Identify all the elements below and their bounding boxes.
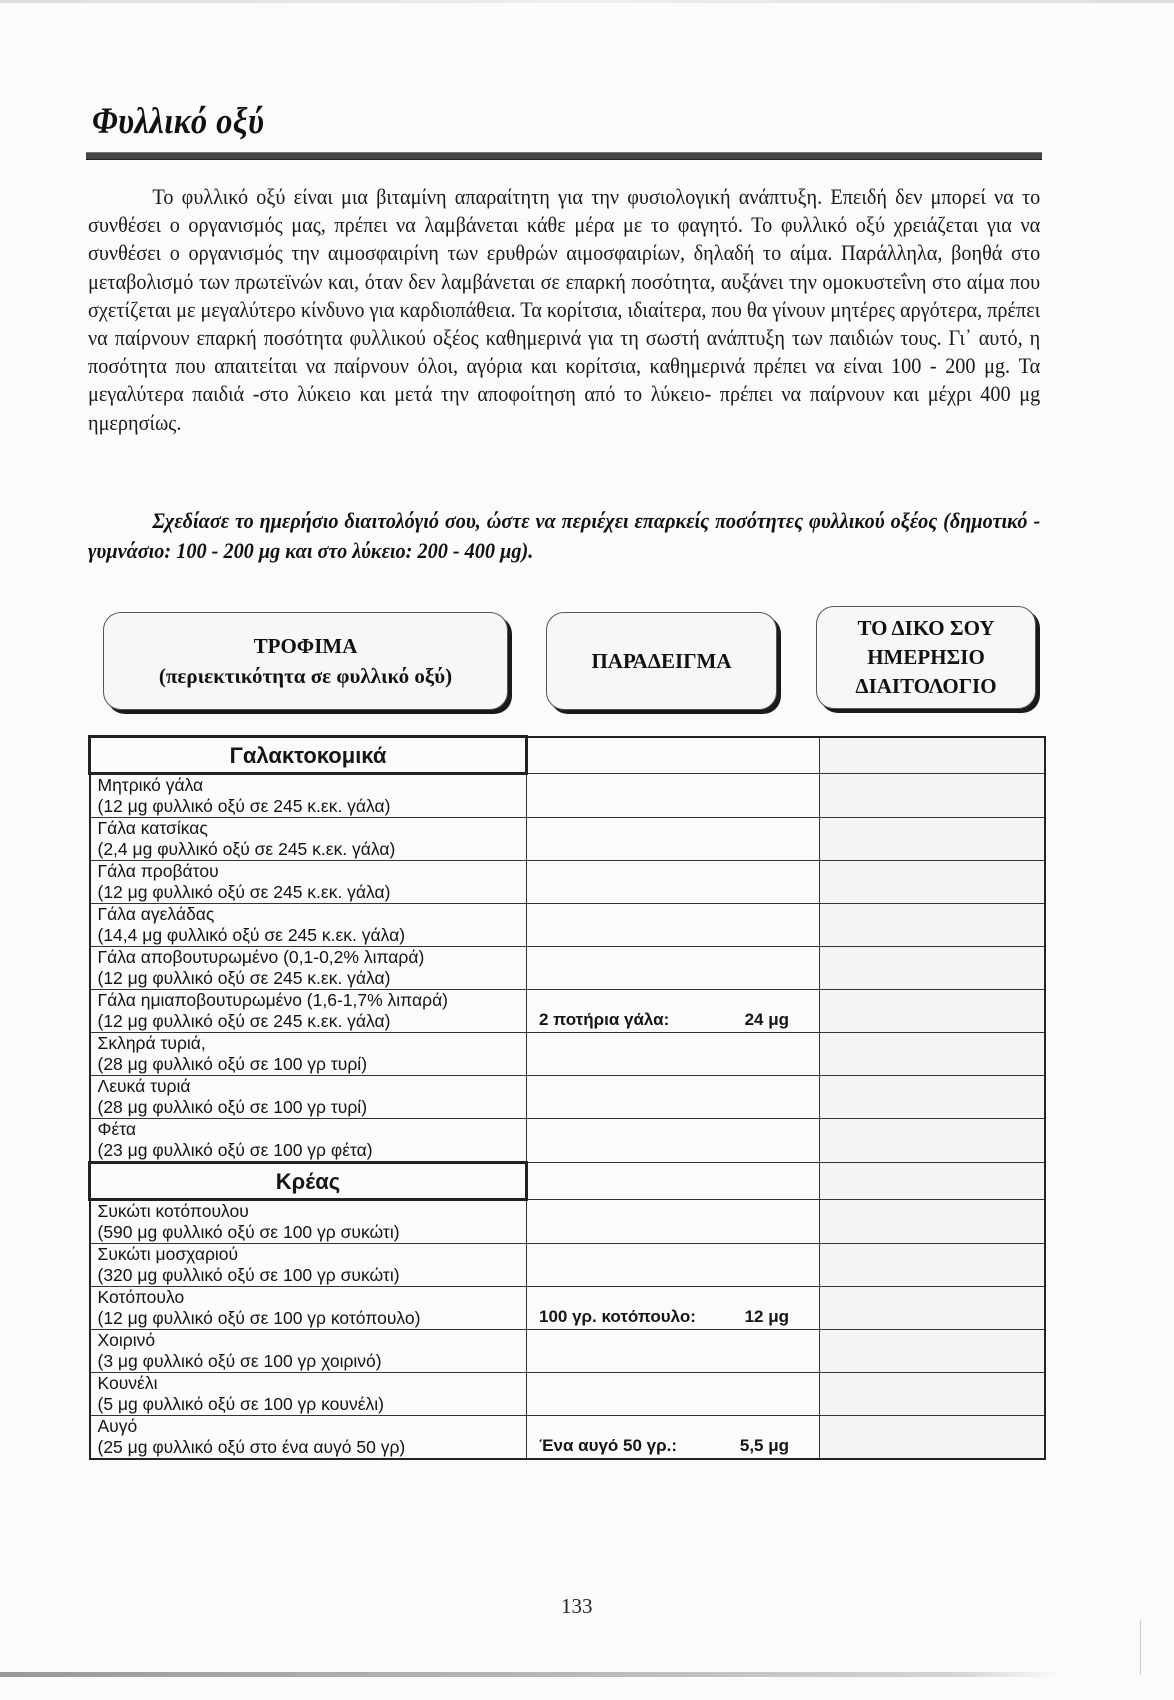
instruction-section: Σχεδίασε το ημερήσιο διαιτολόγιό σου, ώσ… xyxy=(88,506,1040,566)
own-diet-cell[interactable] xyxy=(820,1244,1045,1287)
example-cell[interactable] xyxy=(527,947,820,990)
own-diet-cell[interactable] xyxy=(820,1287,1045,1330)
food-cell: Συκώτι κοτόπουλου (590 μg φυλλικό οξύ σε… xyxy=(90,1200,527,1244)
food-folate-content: (5 μg φυλλικό οξύ σε 100 γρ κουνέλι) xyxy=(98,1394,523,1415)
food-folate-content: (12 μg φυλλικό οξύ σε 245 κ.εκ. γάλα) xyxy=(98,882,523,903)
food-cell: Συκώτι μοσχαριού (320 μg φυλλικό οξύ σε … xyxy=(90,1244,527,1287)
folate-table-wrapper: Γαλακτοκομικά Μητρικό γάλα (12 μg φυλλικ… xyxy=(88,735,1043,1460)
own-diet-header-line3: ΔΙΑΙΤΟΛΟΓΙΟ xyxy=(855,672,996,701)
food-name: Μητρικό γάλα xyxy=(98,775,523,796)
example-label: 2 ποτήρια γάλα: xyxy=(539,1009,669,1030)
category-meat: Κρέας xyxy=(90,1163,527,1200)
title-rule xyxy=(86,152,1042,160)
food-folate-content: (590 μg φυλλικό οξύ σε 100 γρ συκώτι) xyxy=(98,1222,523,1243)
food-name: Φέτα xyxy=(98,1119,523,1140)
example-cell[interactable] xyxy=(527,737,820,774)
food-folate-content: (14,4 μg φυλλικό οξύ σε 245 κ.εκ. γάλα) xyxy=(98,925,523,946)
food-name: Γάλα αγελάδας xyxy=(98,904,523,925)
category-row-dairy: Γαλακτοκομικά xyxy=(90,737,1045,774)
example-cell[interactable] xyxy=(527,1330,820,1373)
table-row: Μητρικό γάλα (12 μg φυλλικό οξύ σε 245 κ… xyxy=(90,774,1045,818)
example-cell[interactable] xyxy=(527,1163,820,1200)
example-cell[interactable] xyxy=(527,904,820,947)
food-cell: Φέτα (23 μg φυλλικό οξύ σε 100 γρ φέτα) xyxy=(90,1119,527,1163)
food-folate-content: (28 μg φυλλικό οξύ σε 100 γρ τυρί) xyxy=(98,1054,523,1075)
own-diet-cell[interactable] xyxy=(820,861,1045,904)
food-cell: Γάλα αποβουτυρωμένο (0,1-0,2% λιπαρά) (1… xyxy=(90,947,527,990)
example-cell[interactable]: 100 γρ. κοτόπουλο: 12 μg xyxy=(527,1287,820,1330)
example-cell[interactable] xyxy=(527,774,820,818)
food-folate-content: (12 μg φυλλικό οξύ σε 245 κ.εκ. γάλα) xyxy=(98,1011,523,1032)
category-row-meat: Κρέας xyxy=(90,1163,1045,1200)
own-diet-cell[interactable] xyxy=(820,774,1045,818)
food-folate-content: (12 μg φυλλικό οξύ σε 100 γρ κοτόπουλο) xyxy=(98,1308,523,1329)
food-cell: Κουνέλι (5 μg φυλλικό οξύ σε 100 γρ κουν… xyxy=(90,1373,527,1416)
example-value: 5,5 μg xyxy=(740,1435,789,1456)
example-cell[interactable]: Ένα αυγό 50 γρ.: 5,5 μg xyxy=(527,1416,820,1460)
example-label: Ένα αυγό 50 γρ.: xyxy=(539,1435,677,1456)
foods-header-title: ΤΡΟΦΙΜΑ xyxy=(254,631,358,661)
table-row: Φέτα (23 μg φυλλικό οξύ σε 100 γρ φέτα) xyxy=(90,1119,1045,1163)
example-cell[interactable] xyxy=(527,861,820,904)
food-cell: Σκληρά τυριά, (28 μg φυλλικό οξύ σε 100 … xyxy=(90,1033,527,1076)
folate-foods-table: Γαλακτοκομικά Μητρικό γάλα (12 μg φυλλικ… xyxy=(88,735,1046,1460)
food-name: Συκώτι μοσχαριού xyxy=(98,1244,523,1265)
table-row: Χοιρινό (3 μg φυλλικό οξύ σε 100 γρ χοιρ… xyxy=(90,1330,1045,1373)
own-diet-cell[interactable] xyxy=(820,1033,1045,1076)
example-cell[interactable] xyxy=(527,1200,820,1244)
own-diet-header-box: ΤΟ ΔΙΚΟ ΣΟΥ ΗΜΕΡΗΣΙΟ ΔΙΑΙΤΟΛΟΓΙΟ xyxy=(816,606,1036,709)
food-cell: Κοτόπουλο (12 μg φυλλικό οξύ σε 100 γρ κ… xyxy=(90,1287,527,1330)
example-entry: 2 ποτήρια γάλα: 24 μg xyxy=(539,1009,815,1030)
table-row: Σκληρά τυριά, (28 μg φυλλικό οξύ σε 100 … xyxy=(90,1033,1045,1076)
food-name: Συκώτι κοτόπουλου xyxy=(98,1201,523,1222)
food-cell: Λευκά τυριά (28 μg φυλλικό οξύ σε 100 γρ… xyxy=(90,1076,527,1119)
example-cell[interactable]: 2 ποτήρια γάλα: 24 μg xyxy=(527,990,820,1033)
table-row: Αυγό (25 μg φυλλικό οξύ στο ένα αυγό 50 … xyxy=(90,1416,1045,1460)
own-diet-cell[interactable] xyxy=(820,1076,1045,1119)
example-cell[interactable] xyxy=(527,1033,820,1076)
food-name: Κοτόπουλο xyxy=(98,1287,523,1308)
example-header-title: ΠΑΡΑΔΕΙΓΜΑ xyxy=(591,649,731,674)
food-cell: Μητρικό γάλα (12 μg φυλλικό οξύ σε 245 κ… xyxy=(90,774,527,818)
food-folate-content: (2,4 μg φυλλικό οξύ σε 245 κ.εκ. γάλα) xyxy=(98,839,523,860)
own-diet-cell[interactable] xyxy=(820,1163,1045,1200)
food-name: Γάλα προβάτου xyxy=(98,861,523,882)
example-cell[interactable] xyxy=(527,818,820,861)
own-diet-header-line2: ΗΜΕΡΗΣΙΟ xyxy=(867,643,985,672)
example-cell[interactable] xyxy=(527,1244,820,1287)
own-diet-cell[interactable] xyxy=(820,1416,1045,1460)
own-diet-header-line1: ΤΟ ΔΙΚΟ ΣΟΥ xyxy=(857,614,994,643)
food-name: Σκληρά τυριά, xyxy=(98,1033,523,1054)
food-name: Γάλα αποβουτυρωμένο (0,1-0,2% λιπαρά) xyxy=(98,947,523,968)
page-number: 133 xyxy=(561,1594,593,1619)
table-row: Γάλα αποβουτυρωμένο (0,1-0,2% λιπαρά) (1… xyxy=(90,947,1045,990)
example-cell[interactable] xyxy=(527,1119,820,1163)
intro-section: Το φυλλικό οξύ είναι μια βιταμίνη απαραί… xyxy=(88,183,1040,437)
example-cell[interactable] xyxy=(527,1373,820,1416)
table-row: Γάλα κατσίκας (2,4 μg φυλλικό οξύ σε 245… xyxy=(90,818,1045,861)
food-cell: Γάλα προβάτου (12 μg φυλλικό οξύ σε 245 … xyxy=(90,861,527,904)
food-folate-content: (25 μg φυλλικό οξύ στο ένα αυγό 50 γρ) xyxy=(98,1437,523,1458)
example-value: 24 μg xyxy=(745,1009,789,1030)
example-cell[interactable] xyxy=(527,1076,820,1119)
own-diet-cell[interactable] xyxy=(820,947,1045,990)
scan-top-edge xyxy=(0,0,1174,3)
own-diet-cell[interactable] xyxy=(820,1119,1045,1163)
food-folate-content: (28 μg φυλλικό οξύ σε 100 γρ τυρί) xyxy=(98,1097,523,1118)
table-row: Λευκά τυριά (28 μg φυλλικό οξύ σε 100 γρ… xyxy=(90,1076,1045,1119)
table-row: Γάλα ημιαποβουτυρωμένο (1,6-1,7% λιπαρά)… xyxy=(90,990,1045,1033)
food-folate-content: (23 μg φυλλικό οξύ σε 100 γρ φέτα) xyxy=(98,1140,523,1161)
food-cell: Χοιρινό (3 μg φυλλικό οξύ σε 100 γρ χοιρ… xyxy=(90,1330,527,1373)
food-name: Γάλα κατσίκας xyxy=(98,818,523,839)
own-diet-cell[interactable] xyxy=(820,818,1045,861)
food-cell: Γάλα αγελάδας (14,4 μg φυλλικό οξύ σε 24… xyxy=(90,904,527,947)
food-folate-content: (12 μg φυλλικό οξύ σε 245 κ.εκ. γάλα) xyxy=(98,968,523,989)
own-diet-cell[interactable] xyxy=(820,1373,1045,1416)
own-diet-cell[interactable] xyxy=(820,1200,1045,1244)
example-entry: 100 γρ. κοτόπουλο: 12 μg xyxy=(539,1306,815,1327)
own-diet-cell[interactable] xyxy=(820,737,1045,774)
food-cell: Αυγό (25 μg φυλλικό οξύ στο ένα αυγό 50 … xyxy=(90,1416,527,1460)
own-diet-cell[interactable] xyxy=(820,1330,1045,1373)
food-folate-content: (320 μg φυλλικό οξύ σε 100 γρ συκώτι) xyxy=(98,1265,523,1286)
example-value: 12 μg xyxy=(745,1306,789,1327)
table-row: Γάλα προβάτου (12 μg φυλλικό οξύ σε 245 … xyxy=(90,861,1045,904)
food-folate-content: (3 μg φυλλικό οξύ σε 100 γρ χοιρινό) xyxy=(98,1351,523,1372)
foods-header-box: ΤΡΟΦΙΜΑ (περιεκτικότητα σε φυλλικό οξύ) xyxy=(103,612,508,710)
food-name: Λευκά τυριά xyxy=(98,1076,523,1097)
scan-right-edge xyxy=(1140,1620,1141,1675)
table-row: Συκώτι κοτόπουλου (590 μg φυλλικό οξύ σε… xyxy=(90,1200,1045,1244)
food-cell: Γάλα ημιαποβουτυρωμένο (1,6-1,7% λιπαρά)… xyxy=(90,990,527,1033)
example-header-box: ΠΑΡΑΔΕΙΓΜΑ xyxy=(546,612,777,710)
example-entry: Ένα αυγό 50 γρ.: 5,5 μg xyxy=(539,1435,815,1456)
table-row: Κοτόπουλο (12 μg φυλλικό οξύ σε 100 γρ κ… xyxy=(90,1287,1045,1330)
instruction-text: Σχεδίασε το ημερήσιο διαιτολόγιό σου, ώσ… xyxy=(88,506,1040,566)
table-row: Συκώτι μοσχαριού (320 μg φυλλικό οξύ σε … xyxy=(90,1244,1045,1287)
example-label: 100 γρ. κοτόπουλο: xyxy=(539,1306,696,1327)
page-title: Φυλλικό οξύ xyxy=(92,100,264,143)
food-name: Χοιρινό xyxy=(98,1330,523,1351)
own-diet-cell[interactable] xyxy=(820,904,1045,947)
scan-bottom-edge xyxy=(0,1672,1060,1677)
foods-header-subtitle: (περιεκτικότητα σε φυλλικό οξύ) xyxy=(159,661,452,691)
intro-paragraph: Το φυλλικό οξύ είναι μια βιταμίνη απαραί… xyxy=(88,183,1040,437)
food-name: Γάλα ημιαποβουτυρωμένο (1,6-1,7% λιπαρά) xyxy=(98,990,523,1011)
food-folate-content: (12 μg φυλλικό οξύ σε 245 κ.εκ. γάλα) xyxy=(98,796,523,817)
table-row: Κουνέλι (5 μg φυλλικό οξύ σε 100 γρ κουν… xyxy=(90,1373,1045,1416)
own-diet-cell[interactable] xyxy=(820,990,1045,1033)
food-name: Κουνέλι xyxy=(98,1373,523,1394)
food-name: Αυγό xyxy=(98,1416,523,1437)
table-row: Γάλα αγελάδας (14,4 μg φυλλικό οξύ σε 24… xyxy=(90,904,1045,947)
category-dairy: Γαλακτοκομικά xyxy=(90,737,527,774)
food-cell: Γάλα κατσίκας (2,4 μg φυλλικό οξύ σε 245… xyxy=(90,818,527,861)
